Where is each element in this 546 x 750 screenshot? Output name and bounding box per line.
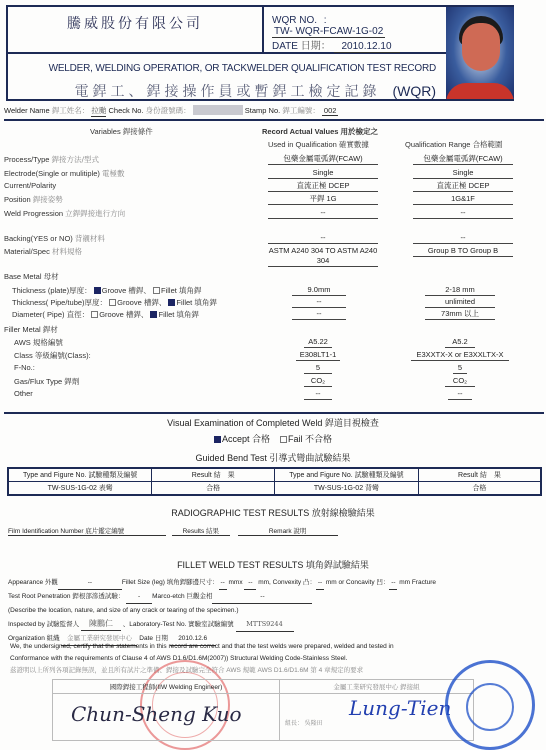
- actual-value: 直流正極 DCEP: [268, 181, 378, 192]
- sign-right-caption: 組長： 吳隆田: [285, 718, 323, 727]
- divider: [4, 119, 544, 121]
- bend-cell: TW-SUS-1G-02 背彎: [274, 482, 418, 496]
- inspected-value: 陳鵬仁: [81, 617, 121, 631]
- signature-left: Chun-Sheng Kuo: [71, 702, 242, 726]
- concavity-value: --: [389, 576, 397, 590]
- actual-value: --: [268, 208, 378, 219]
- filler-label: Gas/Flux Type 銲劑: [14, 376, 79, 387]
- variable-label: Electrode(Single or mulitiple) 電極數: [4, 168, 124, 179]
- groove-checkbox[interactable]: [109, 299, 116, 306]
- bend-header: Result 結 果: [152, 468, 275, 482]
- variable-label: Material/Spec 材料規格: [4, 246, 82, 257]
- check-no-redacted: [193, 105, 243, 115]
- fracture-label: mm Fracture: [399, 579, 436, 586]
- actual-value: 9.0mm: [292, 285, 346, 296]
- mirdc-stamp: [445, 660, 535, 750]
- fillet-size-mid: mmx: [228, 579, 242, 586]
- range-value: 直流正極 DCEP: [413, 181, 513, 192]
- range-value: 2-18 mm: [425, 285, 495, 296]
- root-label: Test Root Penetration 銲根部滲透試驗：: [8, 593, 124, 600]
- signature-table: 國際銲接工程師(IIW Welding Engineer) 金屬工業研究發展中心…: [52, 679, 474, 741]
- date-value: 2010.12.10: [334, 41, 400, 53]
- lab-label: 、Laboratory-Test No. 實驗室試驗編號: [123, 621, 234, 628]
- range-value: Group B TO Group B: [413, 246, 513, 257]
- form-title-abbr: (WQR): [392, 83, 436, 99]
- range-value: 1G&1F: [413, 194, 513, 205]
- macro-value: --: [212, 590, 312, 604]
- range-value: 包藥金屬電弧銲(FCAW): [413, 154, 513, 165]
- base-metal-row: Diameter( Pipe) 直徑： Groove 槽銲、 Fillet 填角…: [12, 309, 199, 320]
- actual-value: E308LT1-1: [296, 350, 340, 361]
- bend-cell: TW-SUS-1G-02 表彎: [8, 482, 152, 496]
- actual-value: 5: [304, 363, 332, 374]
- range-value: 73mm 以上: [425, 309, 495, 320]
- filler-label: AWS 規格編號: [14, 337, 63, 348]
- visual-exam-title: Visual Examination of Completed Weld 銲道目…: [0, 416, 546, 429]
- date-label-zh: 日期：: [301, 41, 331, 52]
- actual-value: A5.22: [304, 337, 332, 348]
- visual-exam-options: Accept 合格 Fail 不合格: [0, 432, 546, 445]
- results-label: Results 結果: [172, 526, 230, 536]
- bend-test-table: Type and Figure No. 試驗種類及編號 Result 結 果 T…: [7, 467, 542, 496]
- actual-value: 平銲 1G: [268, 194, 378, 205]
- appearance-label: Appearance 外觀: [8, 579, 58, 586]
- header-box: 騰威股份有限公司 WQR NO. : TW- WQR-FCAW-1G-02 DA…: [6, 5, 514, 101]
- wqr-number: WQR NO. : TW- WQR-FCAW-1G-02: [272, 15, 446, 38]
- sign-right-header: 金屬工業研究發展中心 銲接組: [280, 682, 473, 691]
- accept-checkbox[interactable]: [214, 436, 221, 443]
- appearance-value: --: [58, 576, 122, 590]
- check-no-label: Check No.: [109, 106, 144, 115]
- range-value: CO₂: [445, 376, 475, 387]
- bend-data-row: TW-SUS-1G-02 表彎 合格 TW-SUS-1G-02 背彎 合格: [8, 482, 541, 496]
- range-value: unlimited: [425, 297, 495, 308]
- range-value: --: [413, 208, 513, 219]
- fail-label: Fail 不合格: [288, 434, 332, 444]
- fillet-checkbox[interactable]: [150, 311, 157, 318]
- bend-header: Result 結 果: [418, 468, 541, 482]
- range-value: E3XXTX-X or E3XXLTX-X: [411, 350, 509, 361]
- variable-label: Current/Polarity: [4, 181, 56, 190]
- accept-label: Accept 合格: [222, 434, 270, 444]
- range-value: Single: [413, 168, 513, 179]
- welder-photo: [446, 7, 514, 99]
- col-variables: Variables 銲接條件: [90, 126, 153, 137]
- date-label: DATE: [272, 41, 298, 52]
- convexity-value: --: [316, 576, 324, 590]
- base-metal-row: Thickness( Pipe/tube)厚度： Groove 槽銲、 Fill…: [12, 297, 217, 308]
- actual-value: --: [304, 389, 332, 400]
- base-metal-row: Thickness (plate)厚度： Groove 槽銲、 Fillet 填…: [12, 285, 201, 296]
- fillet-title: FILLET WELD TEST RESULTS 填角銲試驗結果: [0, 558, 546, 571]
- filler-label: Other: [14, 389, 33, 398]
- radiographic-title: RADIOGRAPHIC TEST RESULTS 放射線檢驗結果: [0, 506, 546, 519]
- variable-label: Position 銲接姿勢: [4, 194, 63, 205]
- welder-name-label-zh: 銲工姓名：: [52, 106, 90, 115]
- root-value: -: [126, 590, 152, 604]
- form-title-zh: 電銲工、銲接操作員或暫銲工檢定記錄 (WQR): [8, 81, 436, 101]
- range-value: 5: [453, 363, 467, 374]
- filler-metal-title: Filler Metal 銲材: [4, 324, 58, 335]
- fail-checkbox[interactable]: [280, 436, 287, 443]
- signature-right: Lung-Tien: [349, 696, 451, 720]
- stamp-no-label: Stamp No.: [245, 106, 280, 115]
- groove-checkbox[interactable]: [91, 311, 98, 318]
- bend-header: Type and Figure No. 試驗種類及編號: [8, 468, 152, 482]
- fillet-appearance-row: Appearance 外觀--Fillet Size (leg) 填角銲腳邊尺寸…: [8, 576, 436, 590]
- concavity-label: mm or Concavity 凹：: [326, 579, 390, 586]
- actual-value: --: [292, 297, 346, 308]
- company-name: 騰威股份有限公司: [8, 7, 264, 54]
- bend-test-title: Guided Bend Test 引導式彎曲試驗結果: [0, 451, 546, 464]
- welder-name-value: 拉颱: [91, 105, 106, 117]
- actual-value: --: [268, 233, 378, 244]
- actual-value: CO₂: [304, 376, 332, 387]
- fillet-size-1: --: [219, 576, 227, 590]
- variable-label: Backing(YES or NO) 背襯材料: [4, 233, 105, 244]
- fillet-checkbox[interactable]: [168, 299, 175, 306]
- fillet-size-2: --: [244, 576, 256, 590]
- range-value: --: [413, 233, 513, 244]
- fillet-fields: Appearance 外觀--Fillet Size (leg) 填角銲腳邊尺寸…: [8, 576, 436, 646]
- base-metal-title: Base Metal 母材: [4, 271, 59, 282]
- form-title-zh-text: 電銲工、銲接操作員或暫銲工檢定記錄: [75, 84, 381, 100]
- header-meta: WQR NO. : TW- WQR-FCAW-1G-02 DATE 日期： 20…: [264, 7, 446, 54]
- bend-header-row: Type and Figure No. 試驗種類及編號 Result 結 果 T…: [8, 468, 541, 482]
- sign-left-header: 國際銲接工程師(IIW Welding Engineer): [53, 682, 279, 691]
- check-no-label-zh: 身份證號碼：: [146, 106, 191, 115]
- wqr-label: WQR NO.: [272, 15, 317, 26]
- bend-header: Type and Figure No. 試驗種類及編號: [274, 468, 418, 482]
- macro-label: Marco-etch 巨觀金相: [152, 593, 212, 600]
- film-id-label: Film Identification Number 底片鑑定編號: [8, 526, 166, 536]
- describe-note: (Describe the location, nature, and size…: [8, 604, 436, 617]
- inspected-label: Inspected by 試驗監督人: [8, 621, 79, 628]
- range-value: A5.2: [445, 337, 475, 348]
- convexity-label: mm, Convexity 凸：: [258, 579, 316, 586]
- fillet-checkbox[interactable]: [153, 287, 160, 294]
- lab-value: MTTS9244: [236, 618, 294, 632]
- bend-cell: 合格: [418, 482, 541, 496]
- stamp-no-label-zh: 銲工編號：: [282, 106, 320, 115]
- range-value: --: [448, 389, 472, 400]
- actual-value: ASTM A240 304 TO ASTM A240 304: [268, 246, 378, 267]
- variable-label: Weld Progression 立銲銲接進行方向: [4, 208, 125, 219]
- col-range: Qualification Range 合格範圍: [405, 139, 503, 150]
- actual-value: --: [292, 309, 346, 320]
- date-field: DATE 日期： 2010.12.10: [272, 37, 400, 53]
- stamp-no-value: 002: [322, 106, 339, 116]
- inspected-row: Inspected by 試驗監督人 陳鵬仁 、Laboratory-Test …: [8, 617, 436, 632]
- welder-name-label: Welder Name: [4, 106, 50, 115]
- divider: [4, 412, 544, 414]
- filler-label: Class 等級編號(Class):: [14, 350, 91, 361]
- col-actual-2: Used in Qualification 確實數據: [268, 139, 369, 150]
- bend-cell: 合格: [152, 482, 275, 496]
- root-penetration-row: Test Root Penetration 銲根部滲透試驗： -Marco-et…: [8, 590, 436, 604]
- fillet-size-label: Fillet Size (leg) 填角銲腳邊尺寸：: [122, 579, 219, 586]
- actual-value: Single: [268, 168, 378, 179]
- groove-checkbox[interactable]: [94, 287, 101, 294]
- col-actual-1: Record Actual Values 用於檢定之: [262, 126, 378, 137]
- filler-label: F-No.:: [14, 363, 35, 372]
- form-title-en: WELDER, WELDING OPERATIOR, OR TACKWELDER…: [8, 63, 436, 74]
- actual-value: 包藥金屬電弧銲(FCAW): [268, 154, 378, 165]
- radiographic-fields: Film Identification Number 底片鑑定編號 Result…: [8, 526, 338, 536]
- variable-label: Process/Type 銲接方法/型式: [4, 154, 99, 165]
- cert-line-1: We, the undersigned, certify that the st…: [10, 641, 394, 653]
- welder-info-row: Welder Name 銲工姓名： 拉颱 Check No. 身份證號碼： St…: [4, 105, 338, 117]
- remark-label: Remark 說明: [238, 526, 338, 536]
